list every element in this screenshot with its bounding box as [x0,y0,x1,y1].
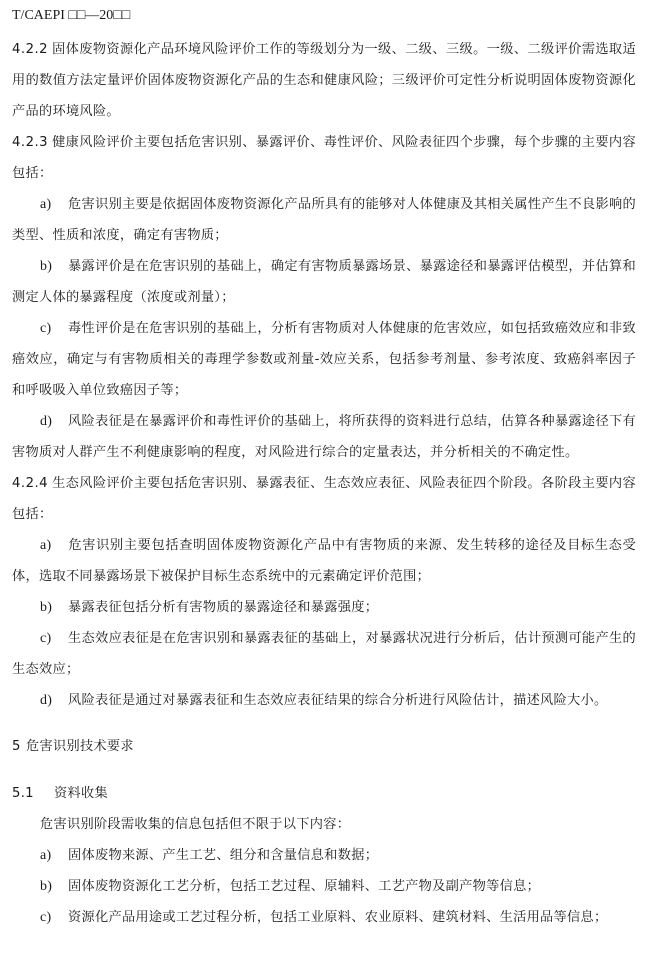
list-item: a)危害识别主要包括查明固体废物资源化产品中有害物质的来源、发生转移的途径及目标… [12,530,636,592]
clause-number: 4.2.3 [12,127,52,158]
item-text: 毒性评价是在危害识别的基础上，分析有害物质对人体健康的危害效应，如包括致癌效应和… [12,321,636,398]
item-label: d) [40,406,68,437]
item-text: 风险表征是在暴露评价和毒性评价的基础上，将所获得的资料进行总结，估算各种暴露途径… [12,414,636,460]
clause-4-2-3: 4.2.3健康风险评价主要包括危害识别、暴露评价、毒性评价、风险表征四个步骤，每… [12,127,636,189]
document-page: T/CAEPI □□—20□□ 4.2.2固体废物资源化产品环境风险评价工作的等… [0,0,650,958]
clause-text: 固体废物资源化产品环境风险评价工作的等级划分为一级、二级、三级。一级、二级评价需… [12,42,636,119]
list-item: a)固体废物来源、产生工艺、组分和含量信息和数据； [12,840,636,871]
item-label: c) [40,313,68,344]
subsection-number: 5.1 [12,778,54,809]
standard-code-header: T/CAEPI □□—20□□ [12,8,130,24]
item-label: a) [40,530,68,561]
item-text: 危害识别主要包括查明固体废物资源化产品中有害物质的来源、发生转移的途径及目标生态… [12,538,636,584]
item-label: c) [40,902,68,933]
clause-number: 4.2.2 [12,34,52,65]
list-item: b)暴露评价是在危害识别的基础上，确定有害物质暴露场景、暴露途径和暴露评估模型，… [12,251,636,313]
subsection-intro: 危害识别阶段需收集的信息包括但不限于以下内容： [12,809,636,840]
item-label: a) [40,840,68,871]
clause-text: 健康风险评价主要包括危害识别、暴露评价、毒性评价、风险表征四个步骤，每个步骤的主… [12,135,636,181]
item-label: a) [40,189,68,220]
item-text: 固体废物来源、产生工艺、组分和含量信息和数据； [68,848,378,863]
item-label: d) [40,685,68,716]
section-title: 危害识别技术要求 [26,739,134,754]
list-item: c)毒性评价是在危害识别的基础上，分析有害物质对人体健康的危害效应，如包括致癌效… [12,313,636,406]
section-5-heading: 5危害识别技术要求 [12,731,636,762]
item-text: 固体废物资源化工艺分析，包括工艺过程、原辅料、工艺产物及副产物等信息； [68,879,540,894]
list-item: b)固体废物资源化工艺分析，包括工艺过程、原辅料、工艺产物及副产物等信息； [12,871,636,902]
clause-4-2-4: 4.2.4生态风险评价主要包括危害识别、暴露表征、生态效应表征、风险表征四个阶段… [12,468,636,530]
list-item: a)危害识别主要是依据固体废物资源化产品所具有的能够对人体健康及其相关属性产生不… [12,189,636,251]
clause-number: 4.2.4 [12,468,52,499]
list-item: c)资源化产品用途或工艺过程分析，包括工业原料、农业原料、建筑材料、生活用品等信… [12,902,636,933]
document-body: 4.2.2固体废物资源化产品环境风险评价工作的等级划分为一级、二级、三级。一级、… [12,34,636,933]
item-text: 危害识别主要是依据固体废物资源化产品所具有的能够对人体健康及其相关属性产生不良影… [12,197,636,243]
clause-4-2-2: 4.2.2固体废物资源化产品环境风险评价工作的等级划分为一级、二级、三级。一级、… [12,34,636,127]
item-text: 资源化产品用途或工艺过程分析，包括工业原料、农业原料、建筑材料、生活用品等信息； [68,910,608,925]
item-text: 生态效应表征是在危害识别和暴露表征的基础上，对暴露状况进行分析后，估计预测可能产… [12,631,636,677]
list-item: d)风险表征是通过对暴露表征和生态效应表征结果的综合分析进行风险估计，描述风险大… [12,685,636,716]
item-label: b) [40,871,68,902]
clause-text: 生态风险评价主要包括危害识别、暴露表征、生态效应表征、风险表征四个阶段。各阶段主… [12,476,636,522]
item-label: b) [40,592,68,623]
subsection-title: 资料收集 [54,786,108,801]
section-number: 5 [12,731,26,762]
item-text: 风险表征是通过对暴露表征和生态效应表征结果的综合分析进行风险估计，描述风险大小。 [68,693,608,708]
item-text: 暴露表征包括分析有害物质的暴露途径和暴露强度； [68,600,378,615]
item-label: c) [40,623,68,654]
subsection-5-1-heading: 5.1资料收集 [12,778,636,809]
item-label: b) [40,251,68,282]
list-item: b)暴露表征包括分析有害物质的暴露途径和暴露强度； [12,592,636,623]
list-item: c)生态效应表征是在危害识别和暴露表征的基础上，对暴露状况进行分析后，估计预测可… [12,623,636,685]
item-text: 暴露评价是在危害识别的基础上，确定有害物质暴露场景、暴露途径和暴露评估模型，并估… [12,259,636,305]
list-item: d)风险表征是在暴露评价和毒性评价的基础上，将所获得的资料进行总结，估算各种暴露… [12,406,636,468]
